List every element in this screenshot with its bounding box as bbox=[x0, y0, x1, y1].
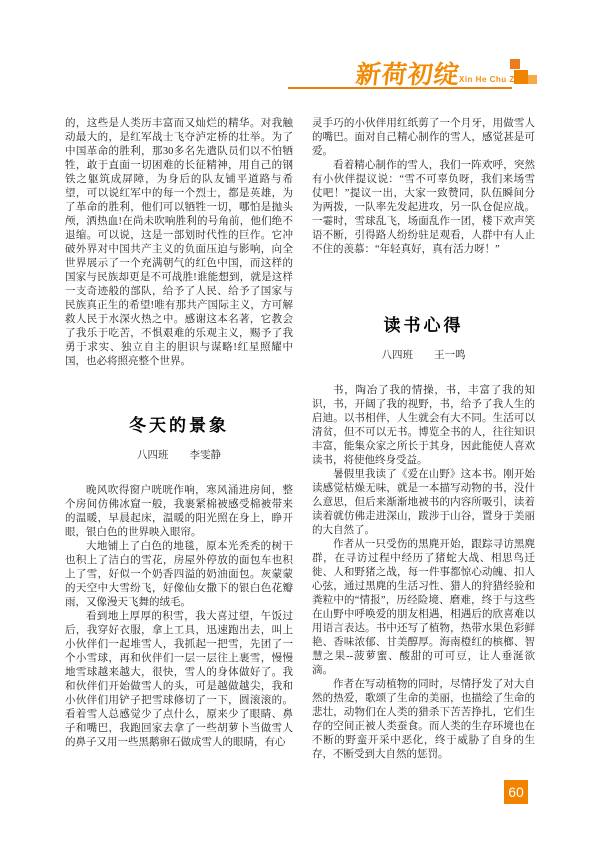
article-byline: 八四班李雯静 bbox=[65, 447, 293, 462]
paragraph: 书，陶冶了我的情操，书，丰富了我的知识，书，开阔了我的视野，书，给予了我人生的启… bbox=[312, 384, 535, 468]
paragraph: 大地铺上了白色的地毯，原本光秃秃的树干也积上了洁白的雪花，房屋外停放的面包车也积… bbox=[65, 540, 293, 610]
header-rule bbox=[288, 87, 512, 89]
page-number-badge: 60 bbox=[504, 780, 528, 804]
content-columns: 的，这些是人类历丰富而又灿烂的精华。对我触动最大的，是红军战士飞夺泸定桥的壮举。… bbox=[65, 117, 535, 762]
byline-author: 李雯静 bbox=[190, 450, 222, 461]
byline-class: 八四班 bbox=[137, 450, 169, 461]
magazine-page: 新荷初绽 Xin He Chu Zhan 的，这些是人类历丰富而又灿烂的精华。对… bbox=[0, 0, 600, 849]
left-column: 的，这些是人类历丰富而又灿烂的精华。对我触动最大的，是红军战士飞夺泸定桥的壮举。… bbox=[65, 117, 293, 762]
paragraph: 作者在写动植物的同时，尽情抒发了对大自然的热爱，歌颂了生命的美丽，也描绘了生命的… bbox=[312, 678, 535, 762]
decor-square-icon bbox=[528, 75, 537, 84]
paragraph: 的，这些是人类历丰富而又灿烂的精华。对我触动最大的，是红军战士飞夺泸定桥的壮举。… bbox=[65, 117, 293, 369]
byline-author: 王一鸣 bbox=[434, 350, 466, 361]
article-title: 读书心得 bbox=[312, 311, 535, 336]
right-column: 灵手巧的小伙伴用红纸剪了一个月牙，用做雪人的嘴巴。面对自己精心制作的雪人，感觉甚… bbox=[312, 117, 535, 762]
magazine-title: 新荷初绽 bbox=[354, 55, 462, 91]
article-title: 冬天的景象 bbox=[65, 411, 293, 436]
article-header-winter: 冬天的景象 八四班李雯静 bbox=[65, 411, 293, 462]
article-byline: 八四班王一鸣 bbox=[312, 347, 535, 362]
paragraph: 灵手巧的小伙伴用红纸剪了一个月牙，用做雪人的嘴巴。面对自己精心制作的雪人，感觉甚… bbox=[312, 117, 535, 159]
decor-square-icon bbox=[510, 59, 520, 69]
byline-class: 八四班 bbox=[382, 350, 414, 361]
paragraph: 暑假里我读了《爱在山野》这本书。刚开始读感觉枯燥无味，就是一本描写动物的书，没什… bbox=[312, 468, 535, 538]
paragraph: 看着精心制作的雪人，我们一阵欢呼，突然有小伙伴提议说：“雪不可辜负呀，我们来场雪… bbox=[312, 159, 535, 257]
article-header-reading: 读书心得 八四班王一鸣 bbox=[312, 311, 535, 362]
paragraph: 看到地上厚厚的积雪，我大喜过望，午饭过后，我穿好衣服，拿上工具，迅速跑出去，叫上… bbox=[65, 610, 293, 750]
decor-square-icon bbox=[514, 70, 528, 84]
paragraph: 晚风吹得窗户咣咣作响，寒风涌进房间，整个房间仿佛冰窟一般，我裹紧棉被感受棉被带来… bbox=[65, 484, 293, 540]
paragraph: 作者从一只受伤的黑麂开始，跟踪寻访黑麂群，在寻访过程中经历了猪蛇大战、相思鸟迁徙… bbox=[312, 538, 535, 678]
